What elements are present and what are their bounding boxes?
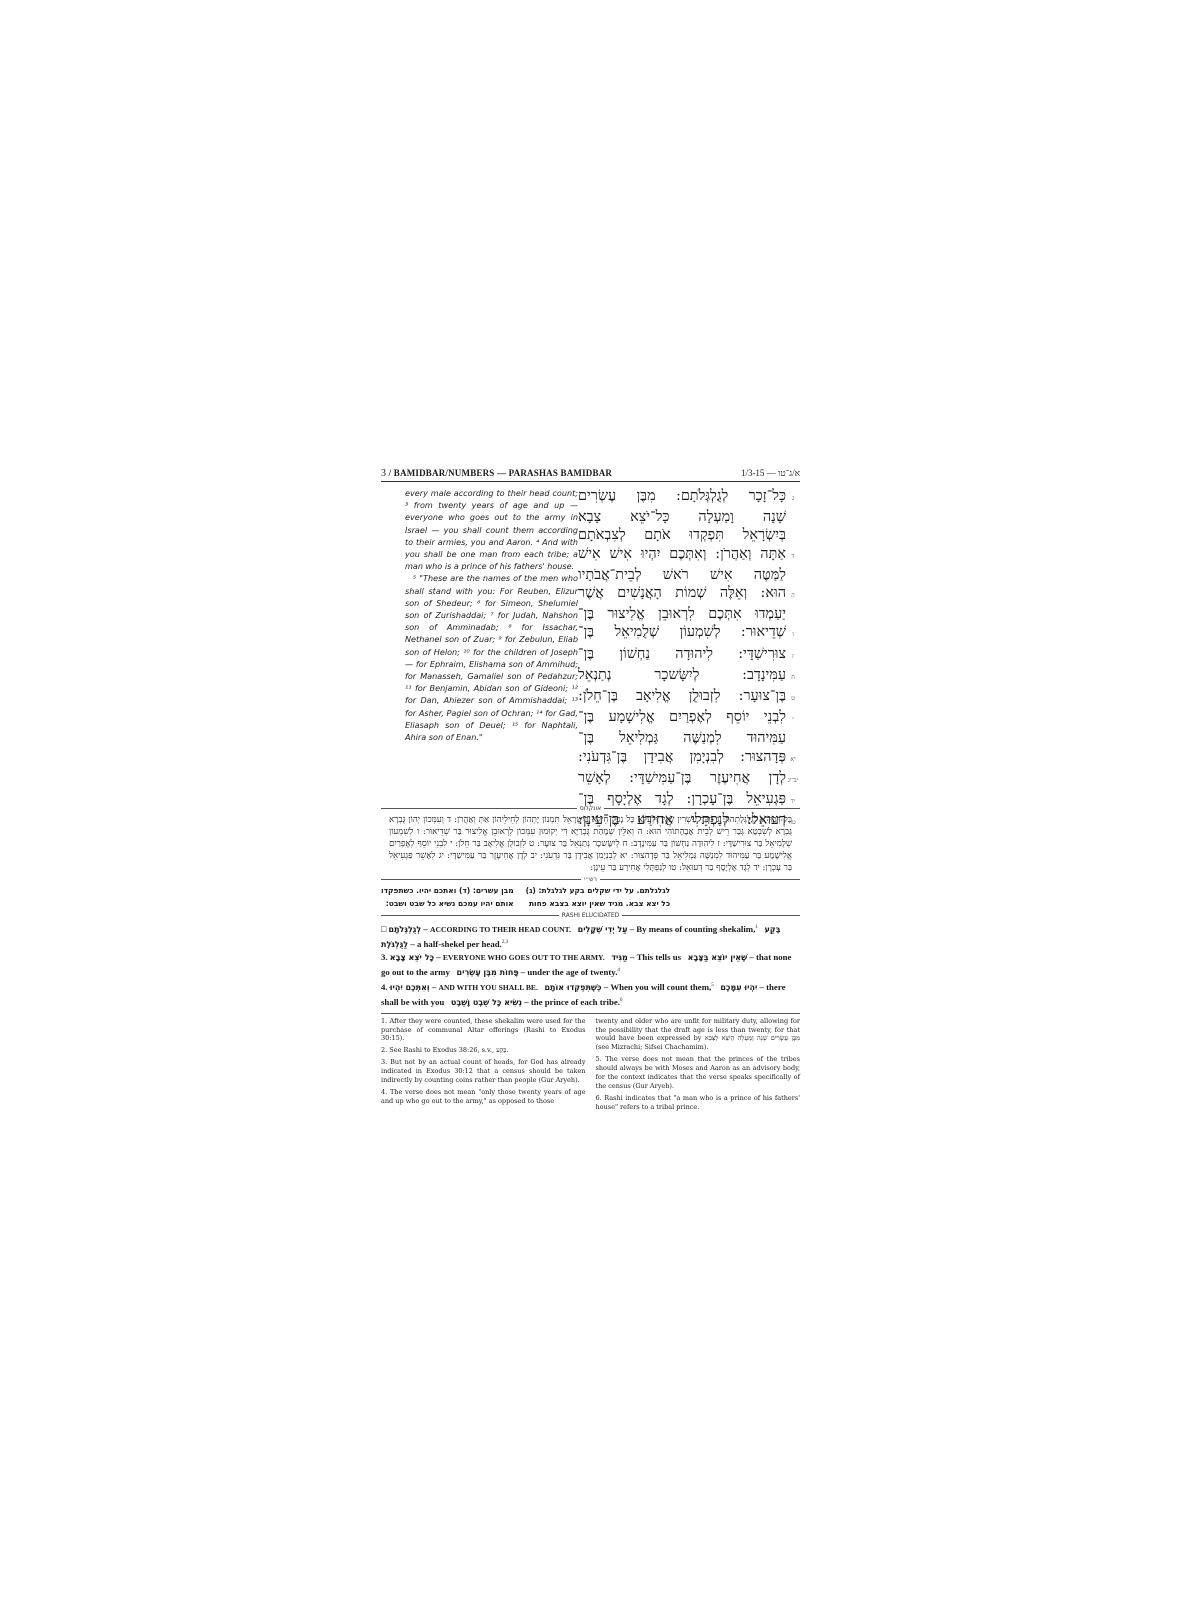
onkelos-text: כָּל דְּכוּרָא לְגֻלְגְּלָתְהוֹן: ג מִבַ… [381,814,800,874]
entry-heading-english: EVERYONE WHO GOES OUT TO THE ARMY. [443,953,605,962]
hebrew-line: יב־יגלְדָן אֲחִיעֶזֶר בֶּן־עַמִּישַׁדָּי… [578,769,800,790]
phrase-hebrew: כְּשֶׁתִּפְקְדוּ אוֹתָם [544,983,601,992]
hebrew-line: זצוּרִישַׁדָּי: לִיהוּדָה נַחְשׁוֹן בֶּן… [578,645,800,666]
phrase-hebrew: מַגִּיד [611,953,627,962]
verse-number: ז [786,648,800,666]
hebrew-line: דאַתָּה וְאַהֲרֹן: וְאִתְּכֶם יִהְיוּ אִ… [578,545,800,566]
hebrew-line: ילִבְנֵי יוֹסֵף לְאֶפְרַיִם אֱלִישָׁמָע … [578,708,800,729]
phrase-english: This tells us [637,952,682,962]
footnote: 5. The verse does not mean that the prin… [596,1055,801,1091]
footnote-rule [381,1013,800,1014]
phrase-hebrew: עַל יְדֵי שְׁקָלִים [578,925,628,934]
hebrew-line: יאפְּדָהצוּר: לְבִנְיָמִן אֲבִידָן בֶּן־… [578,748,800,769]
hebrew-line-text: שְׁדֵיאוּר: לְשִׁמְעוֹן שְׁלֻמִיאֵל בֶּן… [578,623,786,641]
elucidated-entry: 4. וְאִתְּכֶם יִהְיוּ – AND WITH YOU SHA… [381,979,800,1009]
rashi-elucidated-label: RASHI ELUCIDATED [559,912,622,919]
hebrew-line: שָׁנָה וָמַעְלָה כָּל־יֹצֵא צָבָא [578,508,800,526]
verse-number: יב־יג [786,772,800,790]
hebrew-line: טבֶּן־צוּעָר: לִזְבוּלֻן אֱלִיאָב בֶּן־ח… [578,687,800,708]
rashi-line: כל יצא צבא. מגיד שאין יוצא בצבא פחות [529,899,670,908]
rashi-column: מבן עשרים: (ד) ואתכם יהיו. כשתפקדו אותם … [381,885,514,910]
rashi-text: לגלגלתם. על ידי שקלים בקע לגלגלת: (ג) כל… [381,885,800,910]
entry-heading-hebrew: לְגֻלְגְּלֹתָם [389,925,422,934]
phrase-hebrew: יִהְיוּ עִמָּכֶם [720,983,757,992]
phrase-english: When you will count them, [610,982,711,992]
rashi-label: רש״י [581,876,600,883]
phrase-english: the prince of each tribe. [531,997,620,1007]
hebrew-line: עַמִּיהוּד לִמְנַשֶּׁה גַּמְלִיאֵל בֶּן־ [578,729,800,747]
hebrew-line: ושְׁדֵיאוּר: לְשִׁמְעוֹן שְׁלֻמִיאֵל בֶּ… [578,623,800,644]
footnote: 6. Rashi indicates that "a man who is a … [596,1094,801,1112]
verse-number: יא [786,751,800,769]
verse-number: י [786,711,800,729]
rashi-column: לגלגלתם. על ידי שקלים בקע לגלגלת: (ג) כל… [526,885,670,910]
verse-number: ג [786,490,800,508]
translation-paragraph: ⁵ "These are the names of the men who sh… [405,572,578,743]
hebrew-line-text: הוּא: וְאֵלֶּה שְׁמוֹת הָאֲנָשִׁים אֲשֶׁ… [578,584,786,602]
footnote: 1. After they were counted, these shekal… [381,1017,586,1044]
hebrew-line-text: לְדָן אֲחִיעֶזֶר בֶּן־עַמִּישַׁדָּי: לְא… [578,769,786,787]
hebrew-line: ההוּא: וְאֵלֶּה שְׁמוֹת הָאֲנָשִׁים אֲשֶ… [578,584,800,605]
phrase-hebrew: פָּחוֹת מִבֶּן עֶשְׂרִים [457,968,519,977]
phrase-hebrew: נְשִׂיא כָּל שֵׁבֶט וָשֵׁבֶט [451,998,522,1007]
hebrew-line-text: צוּרִישַׁדָּי: לִיהוּדָה נַחְשׁוֹן בֶּן־ [578,645,786,663]
page-number: 3 [381,468,386,479]
main-text-area: every male according to their head count… [381,487,800,803]
footnotes-right-column: twenty and older who are unfit for milit… [596,1017,801,1115]
hebrew-line-text: אַתָּה וְאַהֲרֹן: וְאִתְּכֶם יִהְיוּ אִי… [578,545,786,563]
running-header: 3 / BAMIDBAR/NUMBERS — PARASHAS BAMIDBAR… [381,468,800,482]
phrase-english: under the age of twenty. [527,967,617,977]
rashi-line: מבן עשרים: (ד) ואתכם יהיו. כשתפקדו [381,886,514,895]
verse-number: ד [786,548,800,566]
hebrew-line: לַמַּטֶּה אִישׁ רֹאשׁ לְבֵית־אֲבֹתָיו [578,566,800,584]
footnote: 2. See Rashi to Exodus 38:26, s.v., בֶּק… [381,1046,586,1055]
verse-number: ה [786,587,800,605]
english-translation: every male according to their head count… [381,487,578,803]
translation-paragraph: every male according to their head count… [405,487,578,572]
rashi-line: אותם יהיו עמכם נשיא כל שבט ושבט: [386,899,514,908]
entry-heading-hebrew: וְאִתְּכֶם יִהְיוּ [390,983,430,992]
footnotes: 1. After they were counted, these shekal… [381,1017,800,1115]
footnote: twenty and older who are unfit for milit… [596,1017,801,1053]
entry-number: 4. [381,982,390,992]
hebrew-line-text: עַמִּיהוּד לִמְנַשֶּׁה גַּמְלִיאֵל בֶּן־ [578,729,786,747]
hebrew-line-text: בְּיִשְׂרָאֵל תִּפְקְדוּ אֹתָם לְצִבְאֹת… [578,526,786,544]
hebrew-line-text: בֶּן־צוּעָר: לִזְבוּלֻן אֱלִיאָב בֶּן־חֵ… [578,687,786,705]
hebrew-line-text: כָּל־זָכָר לְגֻלְגְּלֹתָם: מִבֶּן עֶשְׂר… [578,487,786,505]
entry-heading-english: ACCORDING TO THEIR HEAD COUNT. [430,925,571,934]
entry-heading-english: AND WITH YOU SHALL BE. [438,983,537,992]
phrase-hebrew: שֶׁאֵין יוֹצֵא בַּצָּבָא [688,953,748,962]
hebrew-line-text: פְּדָהצוּר: לְבִנְיָמִן אֲבִידָן בֶּן־גִ… [578,748,786,766]
onkelos-label: אונקלוס [577,805,604,812]
footnote: 4. The verse does not mean "only those t… [381,1088,586,1106]
hebrew-line: גכָּל־זָכָר לְגֻלְגְּלֹתָם: מִבֶּן עֶשְׂ… [578,487,800,508]
entry-number: 3. [381,952,390,962]
hebrew-line-text: פַּגְעִיאֵל בֶּן־עָכְרָן: לְגָד אֶלְיָסָ… [578,790,786,808]
entry-heading-hebrew: כָּל יֹצֵא צָבָא [390,953,434,962]
running-title-left: 3 / BAMIDBAR/NUMBERS — PARASHAS BAMIDBAR [381,468,612,479]
verse-range: 1/3-15 — א/ג־טו [741,468,800,478]
footnotes-left-column: 1. After they were counted, these shekal… [381,1017,586,1115]
hebrew-torah-text: גכָּל־זָכָר לְגֻלְגְּלֹתָם: מִבֶּן עֶשְׂ… [578,487,800,803]
rashi-elucidated-divider: RASHI ELUCIDATED [381,912,800,919]
hebrew-line-text: עַמִּינָדָב: לְיִשָּׂשכָר נְתַנְאֵל [578,666,786,684]
entry-marker: □ [381,924,389,934]
hebrew-line: יַעַמְדוּ אִתְּכֶם לִרְאוּבֵן אֱלִיצוּר … [578,605,800,623]
hebrew-line-text: יַעַמְדוּ אִתְּכֶם לִרְאוּבֵן אֱלִיצוּר … [578,605,786,623]
hebrew-line-text: לַמַּטֶּה אִישׁ רֹאשׁ לְבֵית־אֲבֹתָיו [578,566,786,584]
phrase-english: a half-shekel per head. [417,939,502,949]
elucidated-entry: □ לְגֻלְגְּלֹתָם – ACCORDING TO THEIR HE… [381,921,800,951]
elucidated-entry: 3. כָּל יֹצֵא צָבָא – EVERYONE WHO GOES … [381,951,800,979]
verse-number: ח [786,669,800,687]
rashi-elucidated: □ לְגֻלְגְּלֹתָם – ACCORDING TO THEIR HE… [381,921,800,1009]
running-title: / BAMIDBAR/NUMBERS — PARASHAS BAMIDBAR [389,468,612,478]
hebrew-line: בְּיִשְׂרָאֵל תִּפְקְדוּ אֹתָם לְצִבְאֹת… [578,526,800,544]
rashi-line: לגלגלתם. על ידי שקלים בקע לגלגלת: (ג) [526,886,670,895]
verse-number: ט [786,690,800,708]
hebrew-line-text: לִבְנֵי יוֹסֵף לְאֶפְרַיִם אֱלִישָׁמָע ב… [578,708,786,726]
hebrew-line-text: שָׁנָה וָמַעְלָה כָּל־יֹצֵא צָבָא [578,508,786,526]
rashi-divider: רש״י [381,876,800,883]
phrase-english: By means of counting shekalim, [636,924,755,934]
verse-number: ו [786,626,800,644]
book-page: 3 / BAMIDBAR/NUMBERS — PARASHAS BAMIDBAR… [381,468,800,1115]
footnote: 3. But not by an actual count of heads, … [381,1058,586,1085]
hebrew-line: חעַמִּינָדָב: לְיִשָּׂשכָר נְתַנְאֵל [578,666,800,687]
